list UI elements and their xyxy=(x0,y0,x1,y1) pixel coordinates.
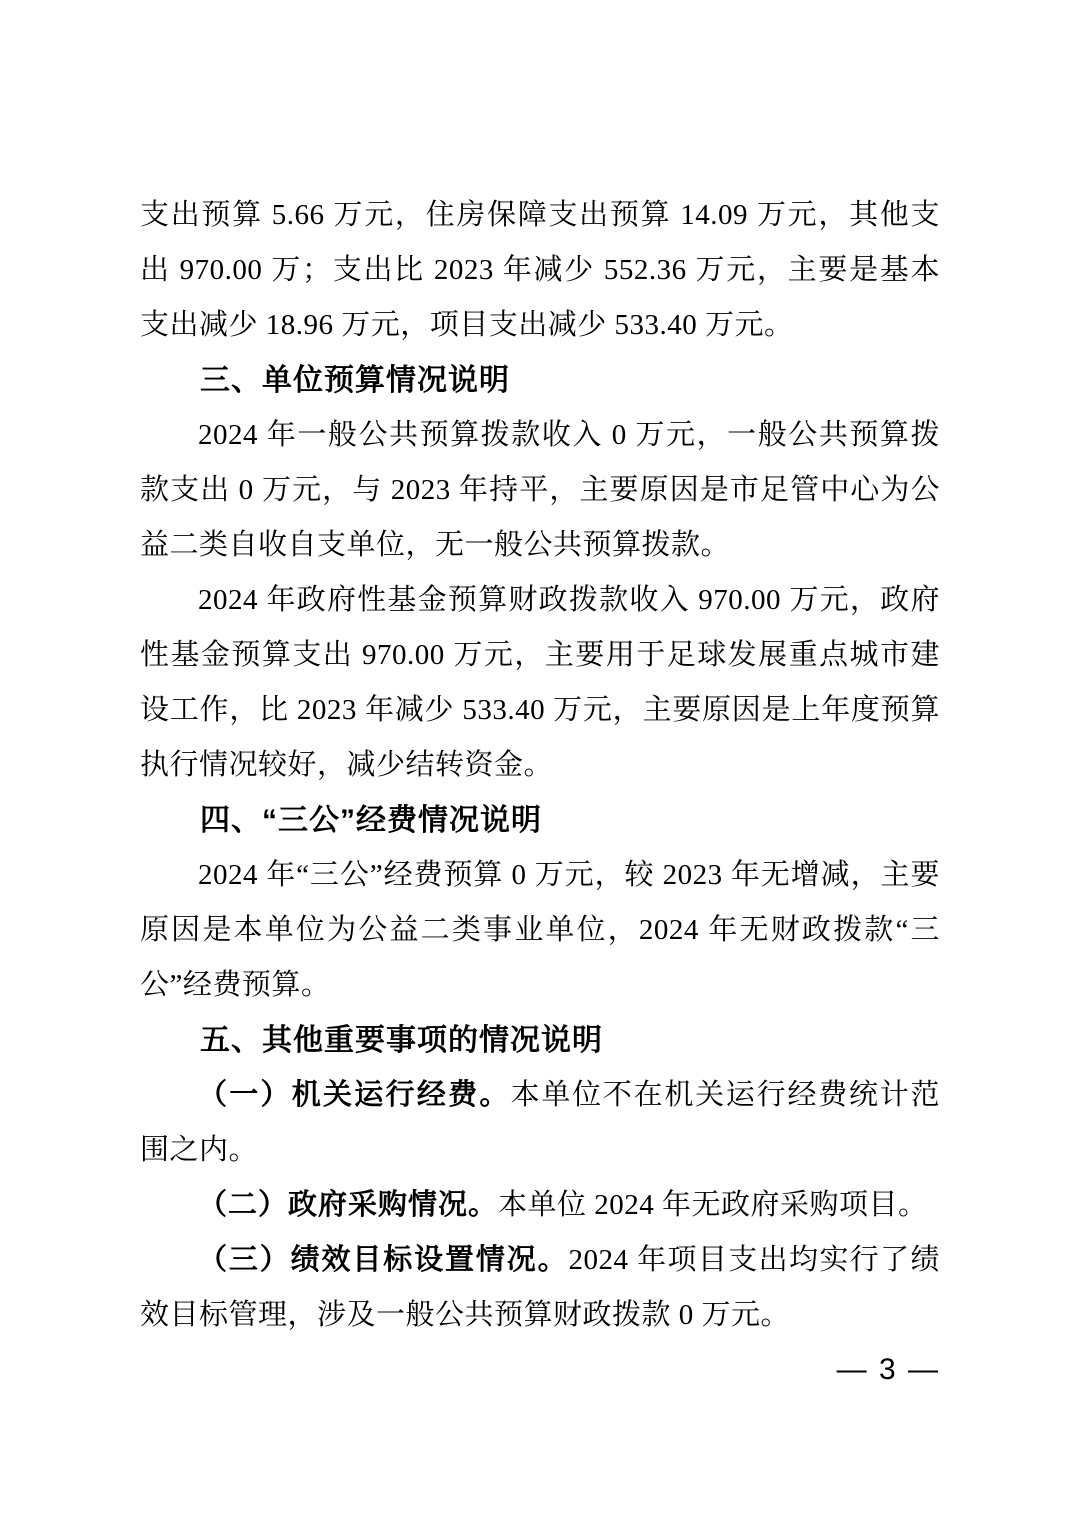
item-lead: （三）绩效目标设置情况。 xyxy=(198,1244,568,1276)
document-page: 支出预算 5.66 万元，住房保障支出预算 14.09 万元，其他支出 970.… xyxy=(0,0,1074,1520)
list-item-agency-operating-funds: （一）机关运行经费。本单位不在机关运行经费统计范围之内。 xyxy=(140,1068,940,1178)
paragraph-three-public-expenses: 2024 年“三公”经费预算 0 万元，较 2023 年无增减，主要原因是本单位… xyxy=(140,848,940,1013)
item-lead: （二）政府采购情况。 xyxy=(198,1189,498,1221)
page-content: 支出预算 5.66 万元，住房保障支出预算 14.09 万元，其他支出 970.… xyxy=(140,188,940,1343)
list-item-government-procurement: （二）政府采购情况。本单位 2024 年无政府采购项目。 xyxy=(140,1178,940,1233)
page-number: — 3 — xyxy=(837,1350,940,1390)
section-heading-other-important-matters: 五、其他重要事项的情况说明 xyxy=(140,1013,940,1068)
paragraph-general-public-budget: 2024 年一般公共预算拨款收入 0 万元，一般公共预算拨款支出 0 万元，与 … xyxy=(140,408,940,573)
list-item-performance-targets: （三）绩效目标设置情况。2024 年项目支出均实行了绩效目标管理，涉及一般公共预… xyxy=(140,1233,940,1343)
section-heading-unit-budget: 三、单位预算情况说明 xyxy=(140,353,940,408)
item-lead: （一）机关运行经费。 xyxy=(198,1079,511,1111)
paragraph-continuation: 支出预算 5.66 万元，住房保障支出预算 14.09 万元，其他支出 970.… xyxy=(140,188,940,353)
paragraph-government-fund-budget: 2024 年政府性基金预算财政拨款收入 970.00 万元，政府性基金预算支出 … xyxy=(140,573,940,793)
item-text: 本单位 2024 年无政府采购项目。 xyxy=(498,1189,928,1221)
section-heading-three-public-expenses: 四、“三公”经费情况说明 xyxy=(140,793,940,848)
